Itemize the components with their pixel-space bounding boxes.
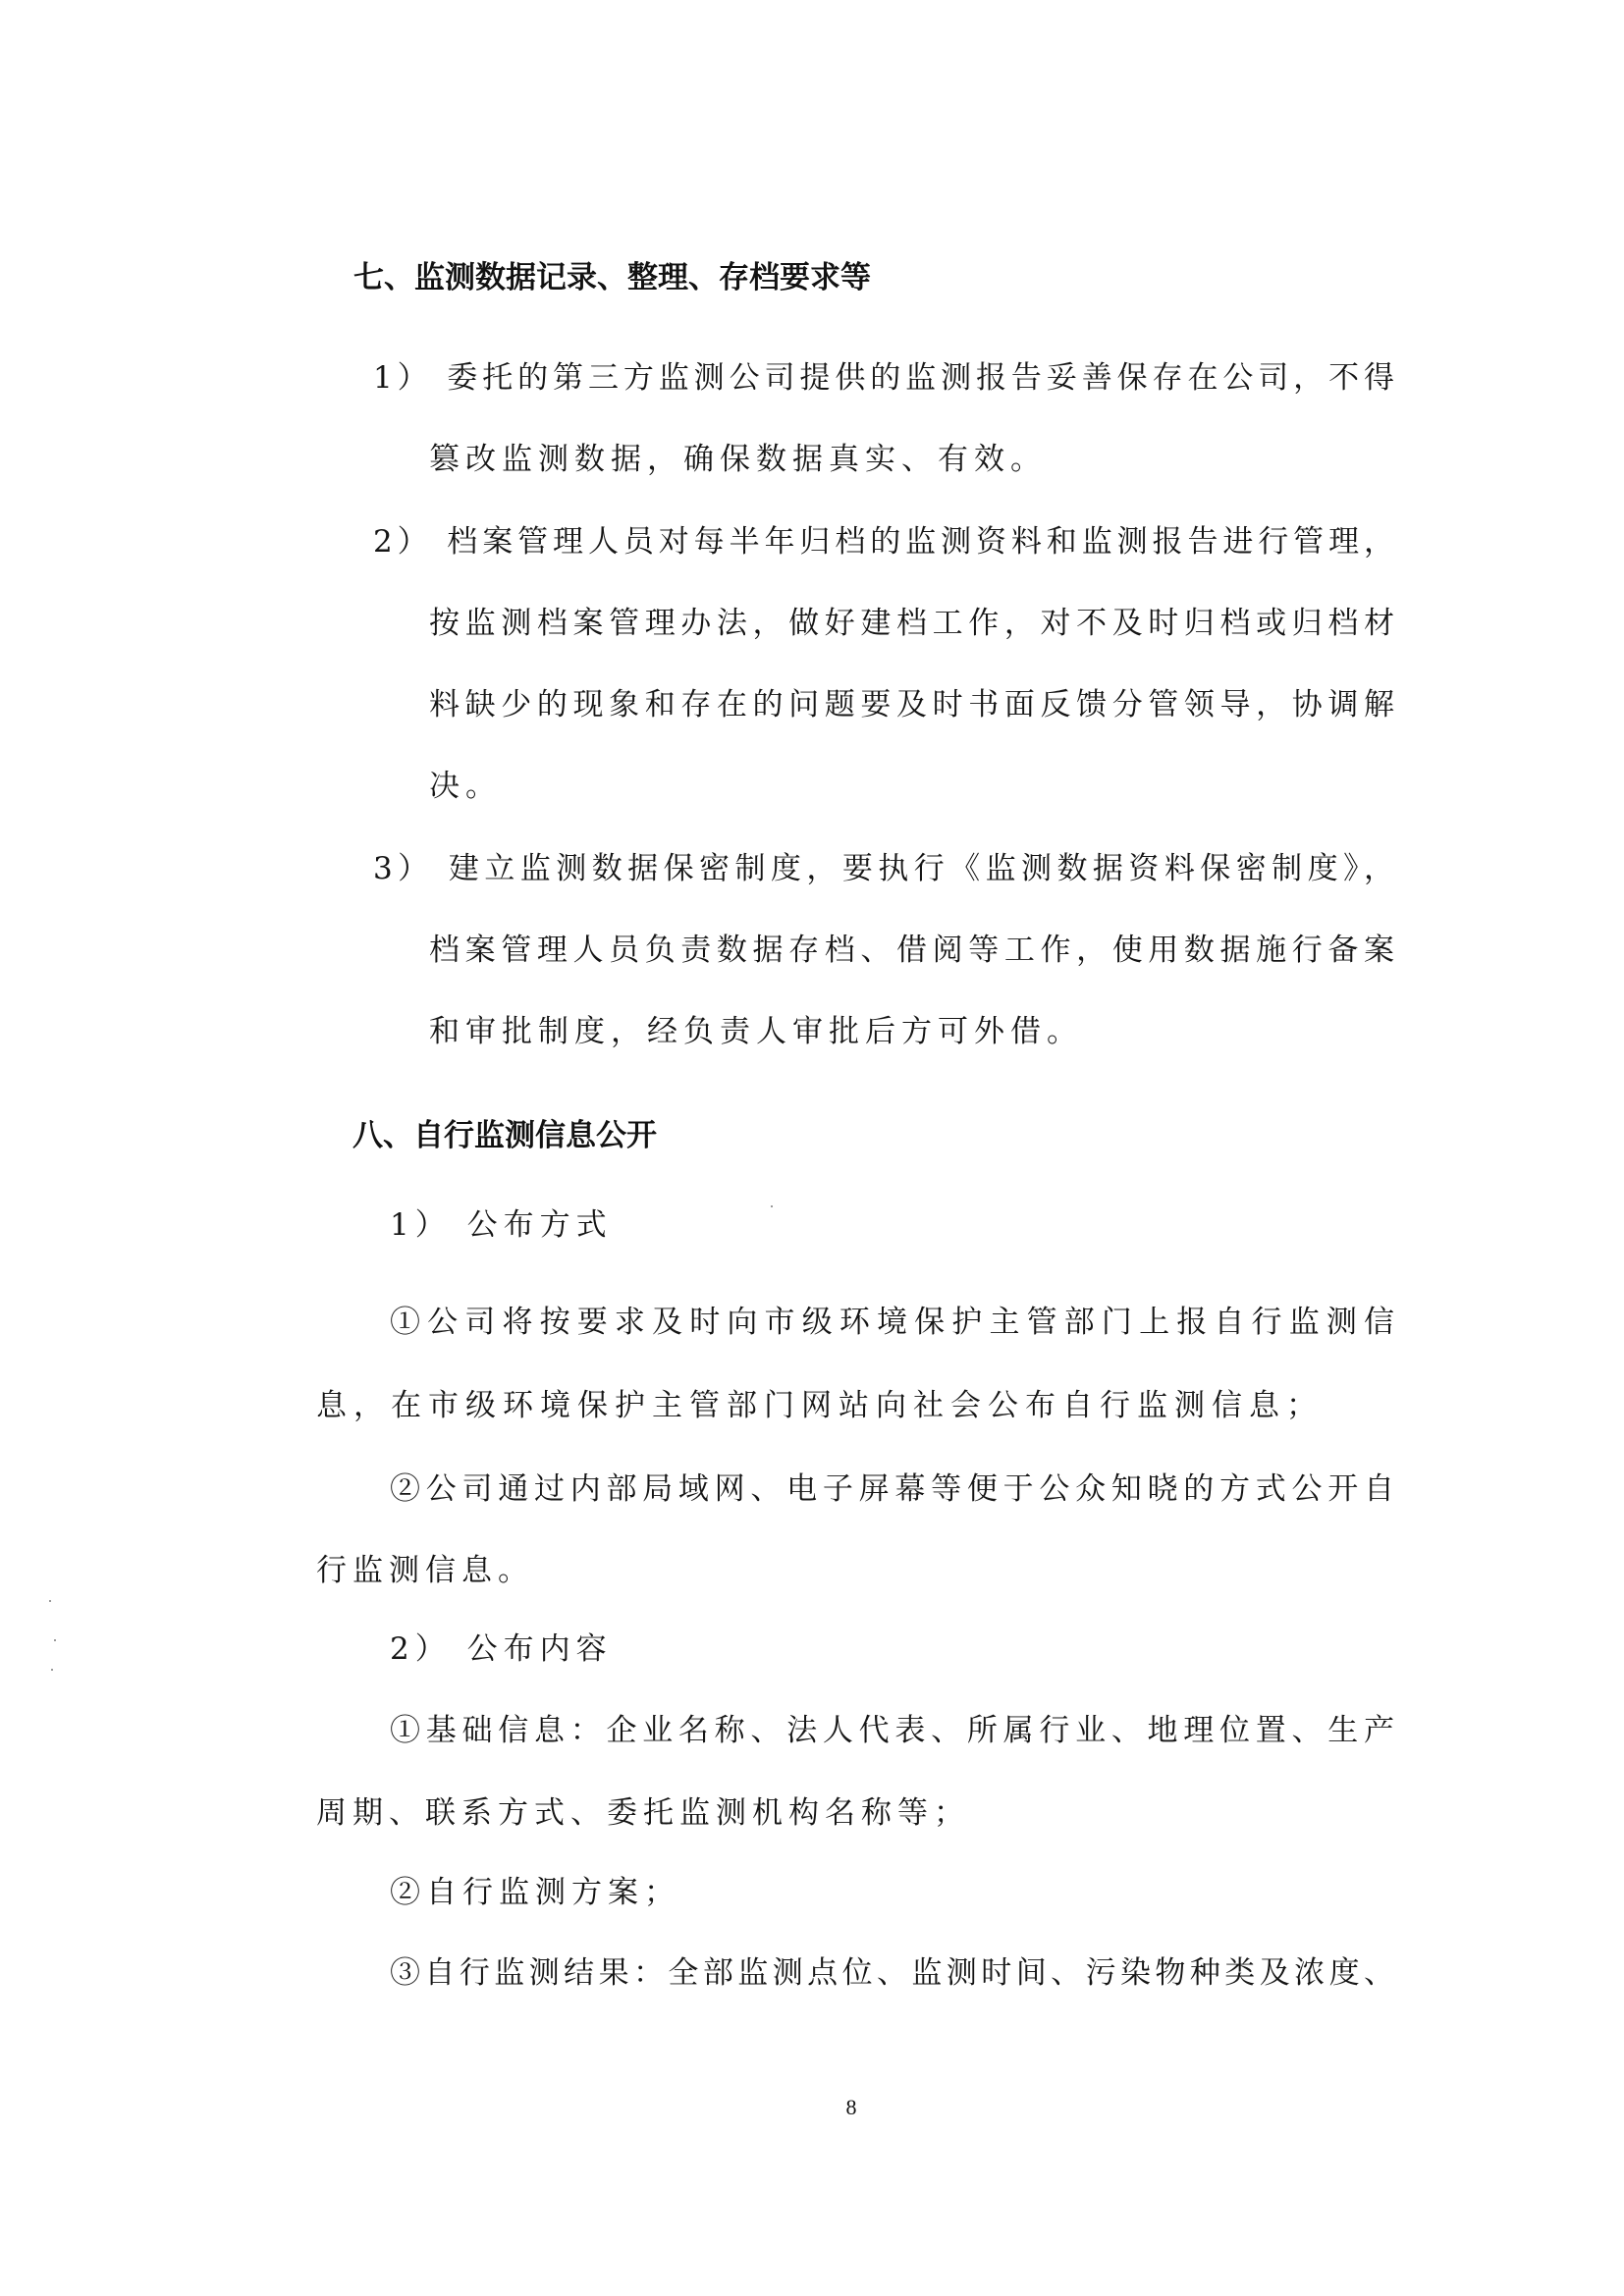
page-number: 8	[841, 2094, 861, 2121]
paragraph-line: 周期、联系方式、委托监测机构名称等；	[316, 1793, 970, 1833]
paragraph-line: 3） 建立监测数据保密制度，要执行《监测数据资料保密制度》，	[373, 849, 1394, 888]
paragraph-line: 档案管理人员负责数据存档、借阅等工作，使用数据施行备案	[429, 931, 1394, 970]
section-heading-7: 七、监测数据记录、整理、存档要求等	[353, 258, 871, 297]
paragraph-line: ①基础信息：企业名称、法人代表、所属行业、地理位置、生产	[390, 1711, 1394, 1750]
paragraph-line: 1） 委托的第三方监测公司提供的监测报告妥善保存在公司，不得	[373, 358, 1394, 398]
section-heading-8: 八、自行监测信息公开	[352, 1116, 657, 1155]
subsection-title: 2） 公布内容	[390, 1629, 613, 1669]
paragraph-line: 按监测档案管理办法，做好建档工作，对不及时归档或归档材	[429, 604, 1394, 643]
paragraph-line: ③自行监测结果：全部监测点位、监测时间、污染物种类及浓度、	[390, 1953, 1394, 1993]
scan-speck	[49, 1600, 51, 1602]
document-page: 七、监测数据记录、整理、存档要求等 1） 委托的第三方监测公司提供的监测报告妥善…	[0, 0, 1624, 2296]
paragraph-line: ①公司将按要求及时向市级环境保护主管部门上报自行监测信	[390, 1303, 1394, 1342]
paragraph-line: 和审批制度，经负责人审批后方可外借。	[429, 1012, 1083, 1051]
paragraph-line: ②公司通过内部局域网、电子屏幕等便于公众知晓的方式公开自	[390, 1469, 1394, 1509]
scan-speck	[771, 1205, 773, 1207]
paragraph-line: 行监测信息。	[316, 1551, 534, 1590]
scan-speck	[51, 1669, 53, 1671]
paragraph-line: 2） 档案管理人员对每半年归档的监测资料和监测报告进行管理，	[373, 522, 1394, 561]
paragraph-line: 料缺少的现象和存在的问题要及时书面反馈分管领导，协调解	[429, 685, 1394, 724]
scan-speck	[54, 1639, 56, 1641]
subsection-title: 1） 公布方式	[390, 1205, 613, 1245]
paragraph-line: ②自行监测方案；	[390, 1873, 680, 1912]
paragraph-line: 决。	[429, 767, 502, 806]
paragraph-line: 篡改监测数据，确保数据真实、有效。	[429, 440, 1047, 479]
paragraph-line: 息，在市级环境保护主管部门网站向社会公布自行监测信息；	[316, 1386, 1324, 1425]
